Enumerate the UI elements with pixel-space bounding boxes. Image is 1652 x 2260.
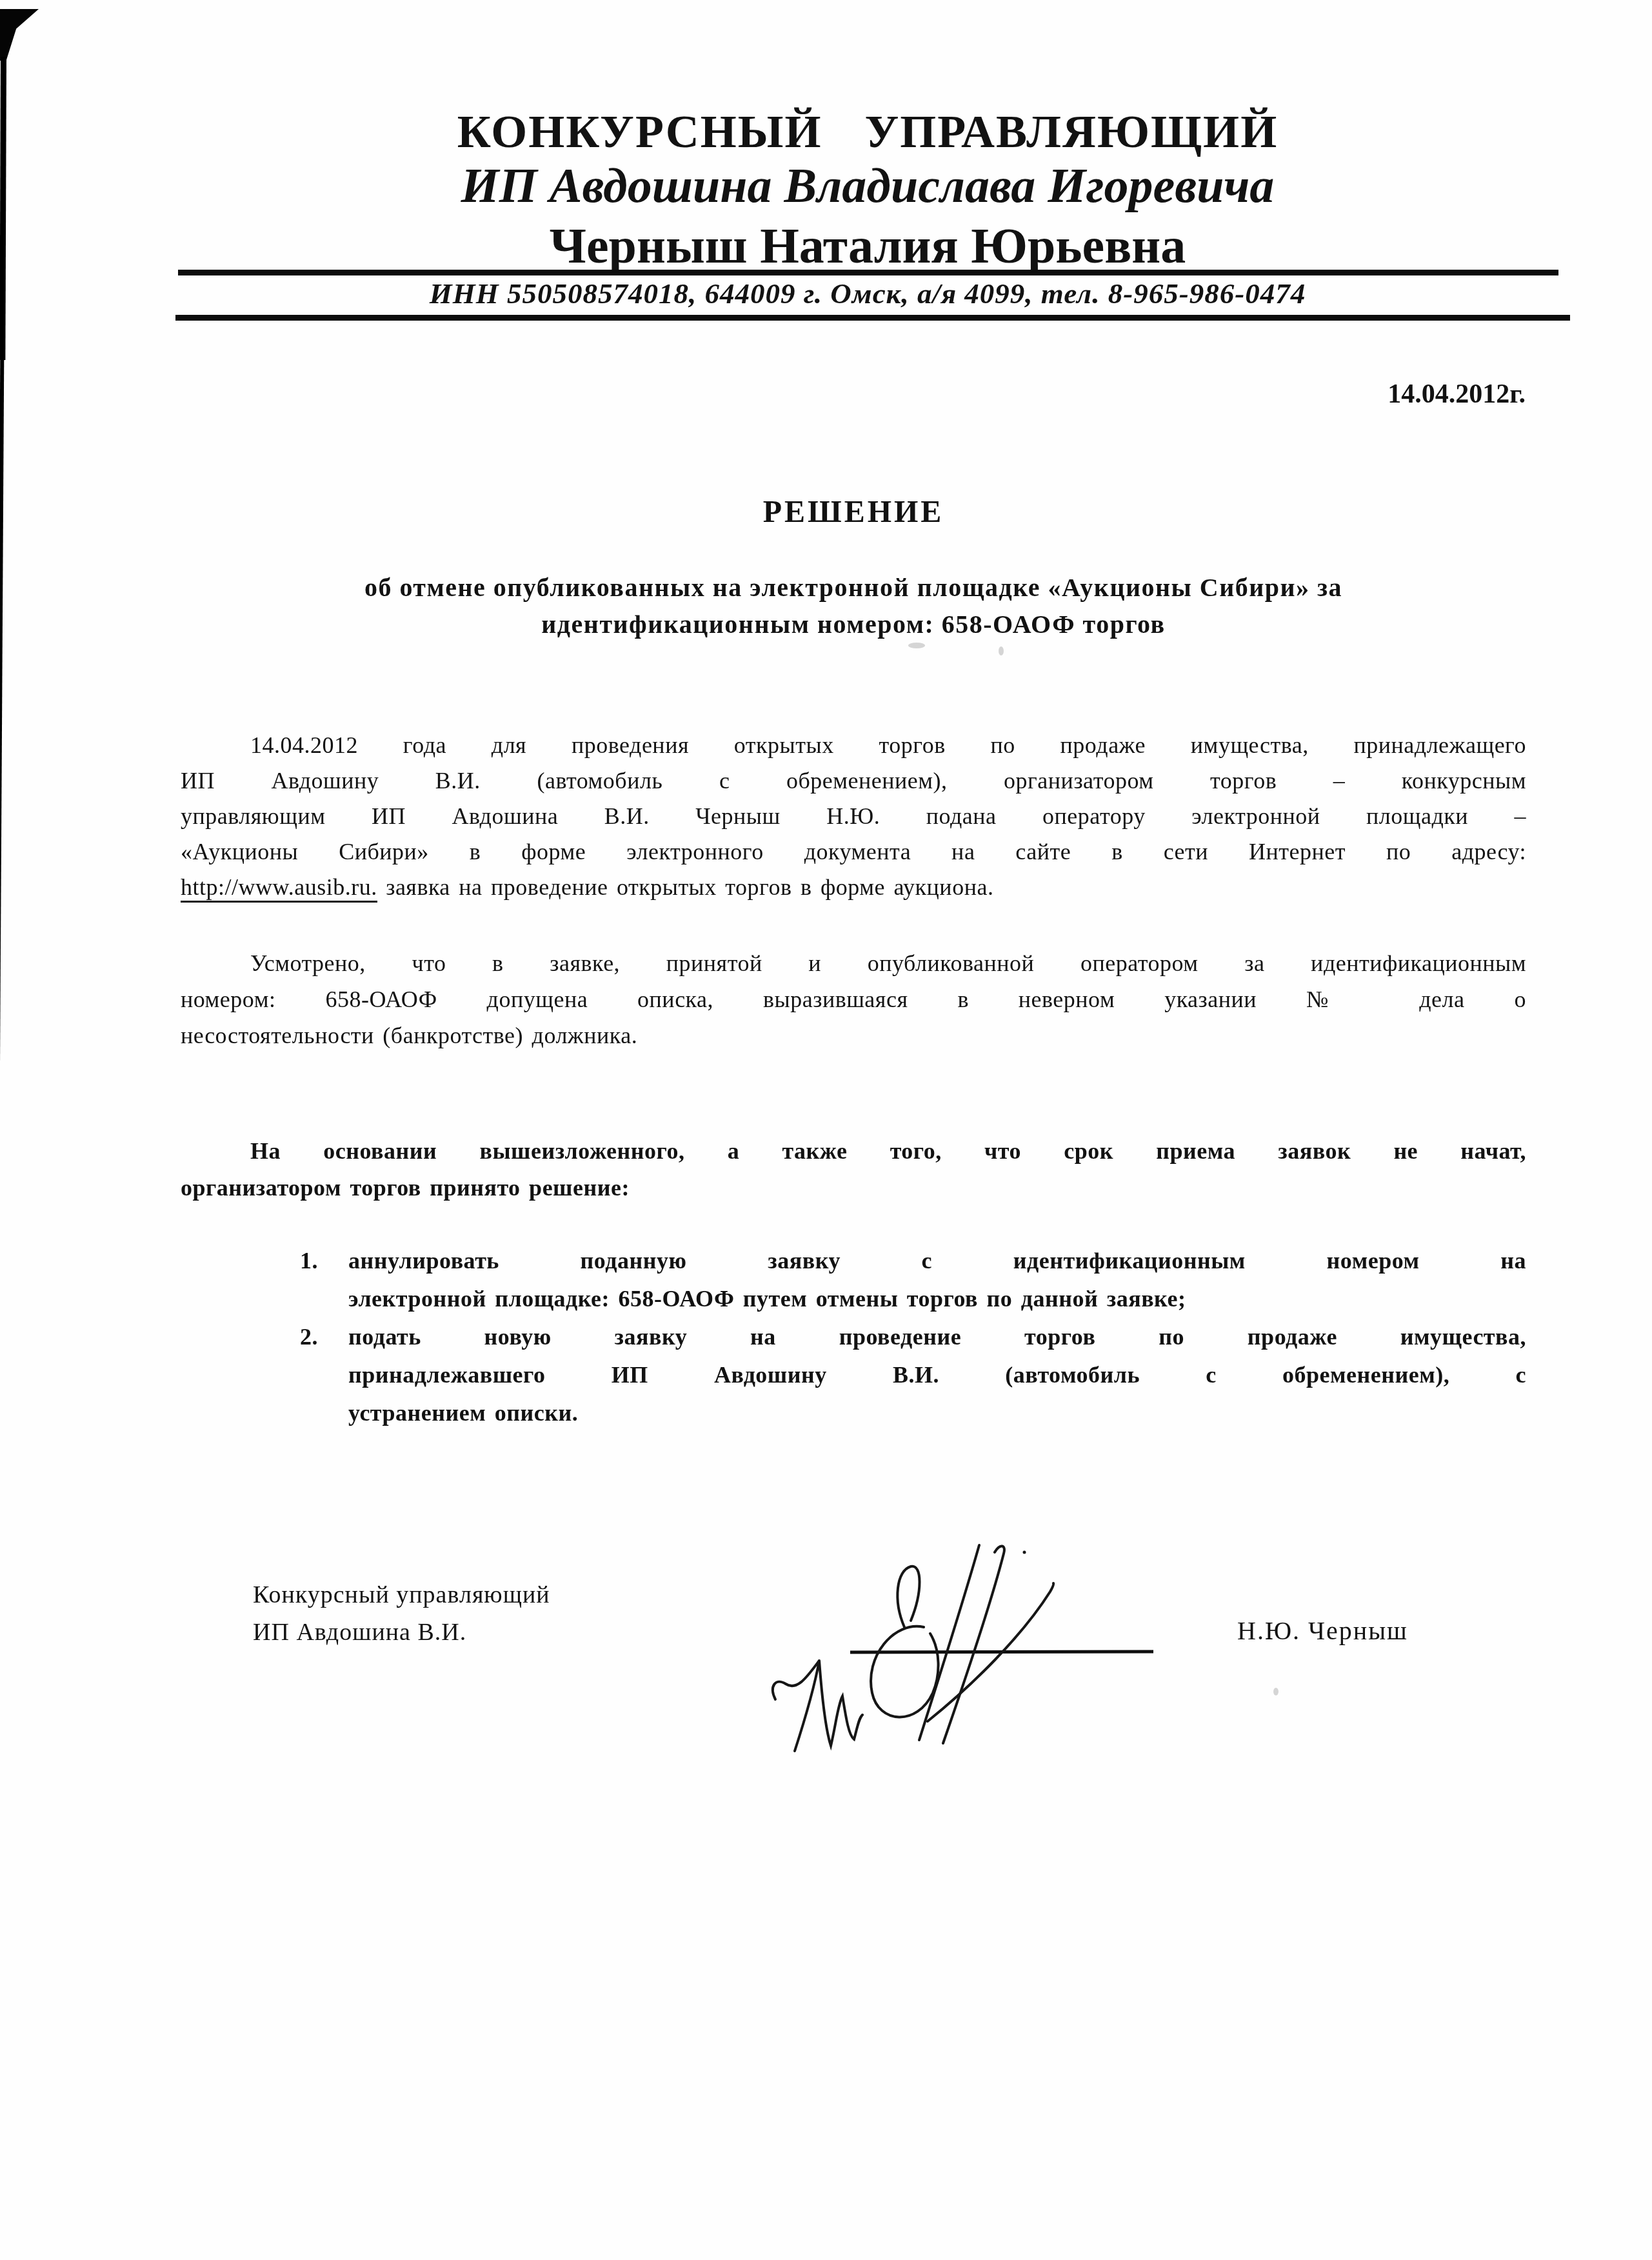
document-subject-line: идентификационным номером: 658-ОАОФ торг… (181, 606, 1526, 643)
paragraph-line: управляющим ИП Авдошина В.И. Черныш Н.Ю.… (181, 799, 1526, 834)
letterhead-contacts: ИНН 550508574018, 644009 г. Омск, а/я 40… (177, 275, 1558, 312)
paragraph-line-tail: заявка на проведение открытых торгов в ф… (377, 874, 994, 900)
paragraph-resolution-intro: На основании вышеизложенного, а также то… (181, 1133, 1526, 1206)
document-title: РЕШЕНИЕ (181, 497, 1526, 528)
signature-ink-dot (1023, 1551, 1026, 1554)
paragraph-line: «Аукционы Сибири» в форме электронного д… (181, 834, 1526, 870)
paragraph-line: Усмотрено, что в заявке, принятой и опуб… (181, 945, 1526, 981)
resolution-line: принадлежавшего ИП Авдошину В.И. (автомо… (348, 1356, 1526, 1394)
signer-role: Конкурсный управляющий ИП Авдошина В.И. (253, 1576, 550, 1651)
paragraph-line: организатором торгов принято решение: (181, 1170, 1526, 1206)
paragraph-line: 14.04.2012 года для проведения открытых … (181, 728, 1526, 763)
resolution-line: аннулировать поданную заявку с идентифик… (348, 1242, 1526, 1280)
resolution-item-2: 2. подать новую заявку на проведение тор… (181, 1318, 1526, 1432)
signer-role-line: ИП Авдошина В.И. (253, 1614, 550, 1651)
letterhead-manager-name: Черныш Наталия Юрьевна (177, 221, 1558, 271)
signature-stroke (819, 1661, 862, 1746)
paragraph-line: http://www.ausib.ru. заявка на проведени… (181, 870, 1526, 905)
letterhead-org-type: КОНКУРСНЫЙ УПРАВЛЯЮЩИЙ (177, 108, 1558, 155)
scan-corner-artifact (0, 9, 39, 61)
scan-edge-line-artifact (0, 57, 6, 2102)
paragraph-error-found: Усмотрено, что в заявке, принятой и опуб… (181, 945, 1526, 1054)
website-url-text: http://www.ausib.ru. (181, 874, 377, 903)
signature-stroke (773, 1661, 819, 1751)
resolution-list: 1. аннулировать поданную заявку с иденти… (181, 1242, 1526, 1432)
list-item-number: 1. (300, 1242, 318, 1280)
signature-stroke (871, 1626, 938, 1717)
scanned-document-page: КОНКУРСНЫЙ УПРАВЛЯЮЩИЙ ИП Авдошина Влади… (0, 0, 1652, 2260)
signer-role-line: Конкурсный управляющий (253, 1576, 550, 1614)
list-item-number: 2. (300, 1318, 318, 1356)
scan-speck (1273, 1688, 1279, 1695)
resolution-line: подать новую заявку на проведение торгов… (348, 1318, 1526, 1356)
letterhead-rule-bottom (175, 315, 1570, 321)
paragraph-line: несостоятельности (банкротстве) должника… (181, 1017, 1526, 1054)
document-date: 14.04.2012г. (1388, 381, 1526, 408)
letterhead-rule-top (178, 270, 1558, 275)
paragraph-line: На основании вышеизложенного, а также то… (181, 1133, 1526, 1170)
letterhead-debtor-name: ИП Авдошина Владислава Игоревича (177, 161, 1558, 210)
handwritten-signature (735, 1530, 1200, 1763)
document-subject-line: об отмене опубликованных на электронной … (181, 569, 1526, 606)
resolution-item-1: 1. аннулировать поданную заявку с иденти… (181, 1242, 1526, 1318)
resolution-line: устранением описки. (348, 1394, 1526, 1432)
paragraph-application-filed: 14.04.2012 года для проведения открытых … (181, 728, 1526, 905)
signature-stroke (897, 1566, 919, 1627)
signature-stroke (943, 1546, 1004, 1743)
scan-speck (908, 643, 925, 648)
document-subject: об отмене опубликованных на электронной … (181, 569, 1526, 643)
signer-name: Н.Ю. Черныш (1237, 1618, 1408, 1644)
paragraph-line: номером: 658-ОАОФ допущена описка, выраз… (181, 981, 1526, 1017)
scan-speck (999, 646, 1004, 655)
resolution-line: электронной площадке: 658-ОАОФ путем отм… (348, 1280, 1526, 1318)
signature-stroke (919, 1545, 979, 1740)
paragraph-line: ИП Авдошину В.И. (автомобиль с обременен… (181, 763, 1526, 799)
